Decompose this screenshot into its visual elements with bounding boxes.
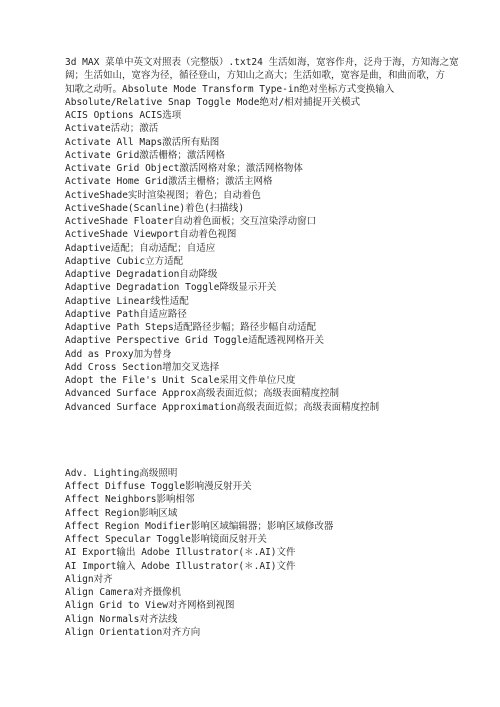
text-line: Adaptive Linear线性适配 (65, 295, 445, 308)
text-line: Adaptive Perspective Grid Toggle适配透视网格开关 (65, 334, 445, 347)
text-line: ACIS Options ACIS选项 (65, 109, 445, 122)
text-line: ActiveShade Floater自动着色面板；交互渲染浮动窗口 (65, 215, 445, 228)
text-line: Activate Grid激活栅格；激活网格 (65, 149, 445, 162)
text-line: Advanced Surface Approx高级表面近似；高级表面精度控制 (65, 387, 445, 400)
text-line: Adaptive Path自适应路径 (65, 308, 445, 321)
text-line: Affect Diffuse Toggle影响漫反射开关 (65, 480, 445, 493)
text-line: Adv. Lighting高级照明 (65, 467, 445, 480)
text-line: Adaptive Degradation自动降级 (65, 268, 445, 281)
text-line (65, 427, 445, 440)
text-line: Adaptive Path Steps适配路径步幅；路径步幅自动适配 (65, 321, 445, 334)
text-line: ActiveShade(Scanline)着色(扫描线) (65, 202, 445, 215)
text-line: 知歌之动听。Absolute Mode Transform Type-in绝对坐… (65, 83, 445, 96)
text-line: 3d MAX 菜单中英文对照表（完整版）.txt24 生活如海，宽容作舟，泛舟于… (65, 56, 445, 69)
text-line: Activate All Maps激活所有贴图 (65, 136, 445, 149)
text-line: Affect Region Modifier影响区域编辑器；影响区域修改器 (65, 520, 445, 533)
text-line: ActiveShade实时渲染视图；着色；自动着色 (65, 189, 445, 202)
text-line: Align对齐 (65, 573, 445, 586)
text-line: Affect Neighbors影响相邻 (65, 493, 445, 506)
text-line: ActiveShade Viewport自动着色视图 (65, 228, 445, 241)
text-line: Affect Region影响区域 (65, 507, 445, 520)
text-line: Activate活动；激活 (65, 122, 445, 135)
text-line: Adaptive适配；自动适配；自适应 (65, 242, 445, 255)
text-line: Activate Home Grid激活主栅格；激活主网格 (65, 175, 445, 188)
text-line: Affect Specular Toggle影响镜面反射开关 (65, 533, 445, 546)
text-line: Align Grid to View对齐网格到视图 (65, 599, 445, 612)
text-line: Align Camera对齐摄像机 (65, 586, 445, 599)
text-line (65, 440, 445, 453)
text-line: Absolute/Relative Snap Toggle Mode绝对/相对捕… (65, 96, 445, 109)
text-line: Align Normals对齐法线 (65, 613, 445, 626)
text-line: AI Import输入 Adobe Illustrator(＊.AI)文件 (65, 560, 445, 573)
text-line: Align Orientation对齐方向 (65, 626, 445, 639)
text-line: Adaptive Cubic立方适配 (65, 255, 445, 268)
text-line: 阔；生活如山，宽容为径，循径登山，方知山之高大；生活如歌，宽容是曲，和曲而歌，方 (65, 69, 445, 82)
text-line: Activate Grid Object激活网格对象；激活网格物体 (65, 162, 445, 175)
text-line: Adopt the File's Unit Scale采用文件单位尺度 (65, 374, 445, 387)
text-line: Adaptive Degradation Toggle降级显示开关 (65, 281, 445, 294)
document-page: 3d MAX 菜单中英文对照表（完整版）.txt24 生活如海，宽容作舟，泛舟于… (0, 0, 500, 707)
text-block: 3d MAX 菜单中英文对照表（完整版）.txt24 生活如海，宽容作舟，泛舟于… (65, 56, 445, 639)
text-line: Add Cross Section增加交叉选择 (65, 361, 445, 374)
text-line (65, 454, 445, 467)
text-line: AI Export输出 Adobe Illustrator(＊.AI)文件 (65, 546, 445, 559)
text-line: Advanced Surface Approximation高级表面近似；高级表… (65, 401, 445, 414)
text-line (65, 414, 445, 427)
text-line: Add as Proxy加为替身 (65, 348, 445, 361)
